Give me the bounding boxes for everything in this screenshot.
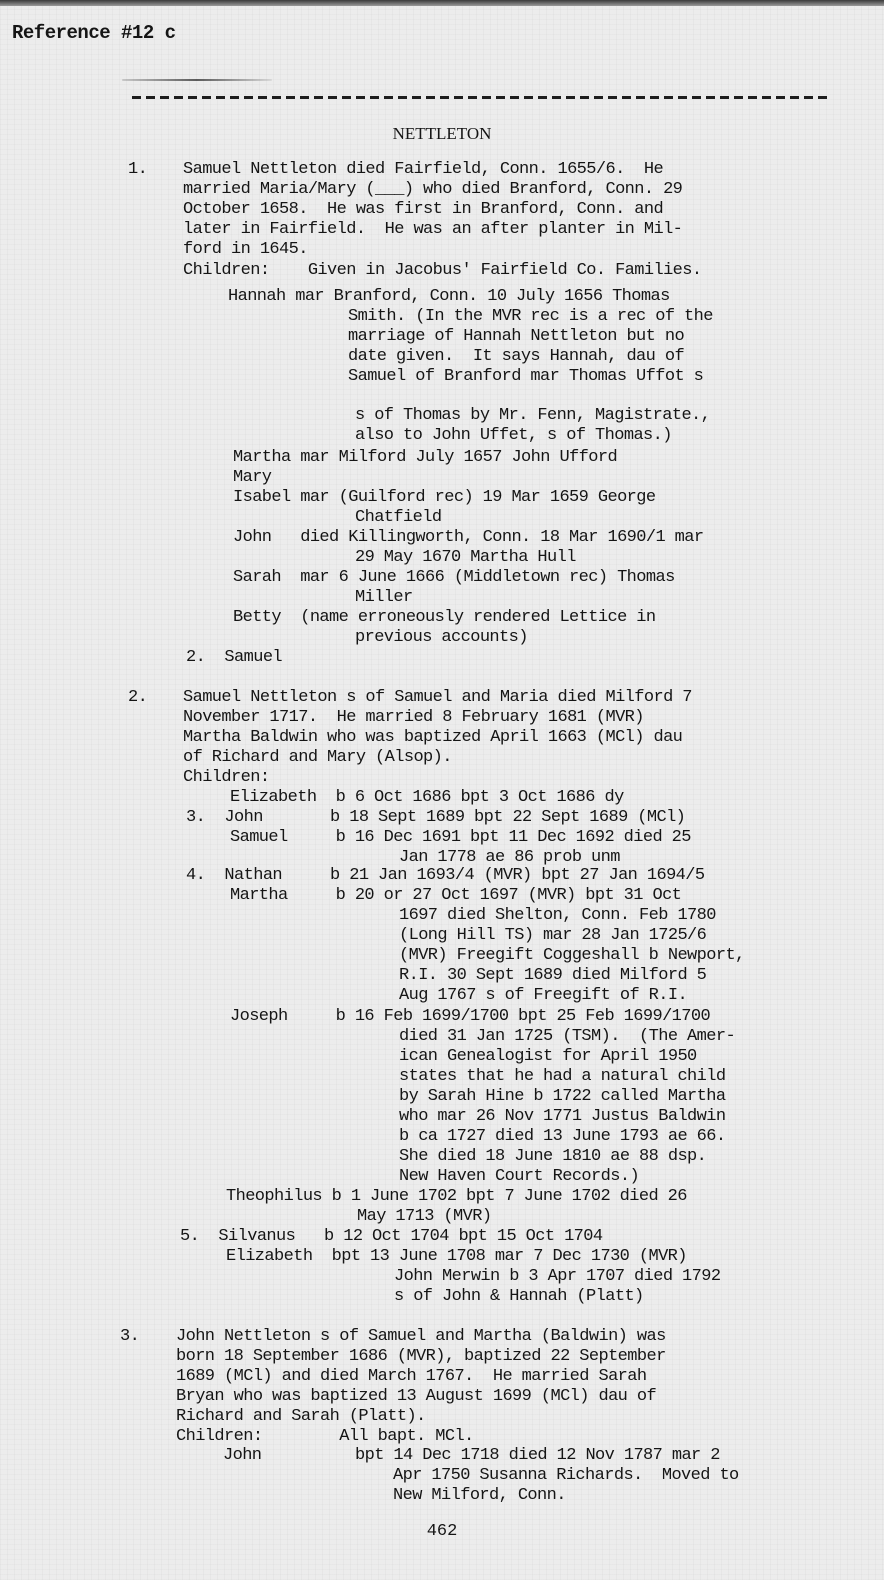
text-line: Martha Baldwin who was baptized April 16… [183,728,682,748]
text-line: 5. Silvanus b 12 Oct 1704 bpt 15 Oct 170… [180,1227,602,1247]
text-line: Richard and Sarah (Platt). [176,1407,426,1427]
text-line: died 31 Jan 1725 (TSM). (The Amer- [399,1027,735,1047]
scan-smudge [122,79,272,81]
text-line: married Maria/Mary (___) who died Branfo… [183,180,682,200]
text-line: by Sarah Hine b 1722 called Martha [399,1087,725,1107]
text-line: Aug 1767 s of Freegift of R.I. [399,986,687,1006]
text-line: Children: All bapt. MCl. [176,1427,474,1447]
text-line: November 1717. He married 8 February 168… [183,708,644,728]
text-line: ican Genealogist for April 1950 [399,1047,697,1067]
text-line: 1689 (MCl) and died March 1767. He marri… [176,1367,646,1387]
text-line: 4. Nathan b 21 Jan 1693/4 (MVR) bpt 27 J… [186,866,705,886]
text-line: Joseph b 16 Feb 1699/1700 bpt 25 Feb 169… [230,1007,710,1027]
text-line: Samuel Nettleton died Fairfield, Conn. 1… [183,160,663,180]
text-line: John [223,1446,261,1466]
text-line: 3. John b 18 Sept 1689 bpt 22 Sept 1689 … [186,808,685,828]
text-line: John died Killingworth, Conn. 18 Mar 169… [233,528,703,548]
text-line: (MVR) Freegift Coggeshall b Newport, [399,946,745,966]
text-line: 2. [128,688,147,708]
text-line: Children: [183,768,269,788]
text-line: Chatfield [355,508,441,528]
text-line: later in Fairfield. He was an after plan… [183,220,682,240]
text-line: Children: Given in Jacobus' Fairfield Co… [183,261,702,281]
text-line: Theophilus b 1 June 1702 bpt 7 June 1702… [226,1187,687,1207]
text-line: Elizabeth b 6 Oct 1686 bpt 3 Oct 1686 dy [230,788,624,808]
page-title: NETTLETON [0,124,884,144]
text-line: Miller [355,588,413,608]
text-line: Martha mar Milford July 1657 John Ufford [233,448,617,468]
text-line: Bryan who was baptized 13 August 1699 (M… [176,1387,656,1407]
scan-top-edge [0,0,884,6]
text-line: born 18 September 1686 (MVR), baptized 2… [176,1347,666,1367]
text-line: Elizabeth bpt 13 June 1708 mar 7 Dec 173… [226,1247,687,1267]
text-line: John Merwin b 3 Apr 1707 died 1792 [394,1267,720,1287]
text-line: Martha b 20 or 27 Oct 1697 (MVR) bpt 31 … [230,886,681,906]
text-line: Hannah mar Branford, Conn. 10 July 1656 … [228,287,670,307]
text-line: Smith. (In the MVR rec is a rec of the [348,307,713,327]
text-line: She died 18 June 1810 ae 88 dsp. [399,1147,706,1167]
text-line: s of Thomas by Mr. Fenn, Magistrate., [355,406,710,426]
text-line: bpt 14 Dec 1718 died 12 Nov 1787 mar 2 [355,1446,720,1466]
text-line: 3. [120,1327,139,1347]
dashed-divider [132,96,832,99]
text-line: who mar 26 Nov 1771 Justus Baldwin [399,1107,725,1127]
text-line: b ca 1727 died 13 June 1793 ae 66. [399,1127,725,1147]
text-line: also to John Uffet, s of Thomas.) [355,426,672,446]
text-line: R.I. 30 Sept 1689 died Milford 5 [399,966,706,986]
text-line: (Long Hill TS) mar 28 Jan 1725/6 [399,926,706,946]
text-line: states that he had a natural child [399,1067,725,1087]
text-line: October 1658. He was first in Branford, … [183,200,663,220]
text-line: 1697 died Shelton, Conn. Feb 1780 [399,906,716,926]
text-line: Samuel of Branford mar Thomas Uffot s [348,367,703,387]
text-line: Samuel Nettleton s of Samuel and Maria d… [183,688,692,708]
text-line: Isabel mar (Guilford rec) 19 Mar 1659 Ge… [233,488,655,508]
text-line: ford in 1645. [183,240,308,260]
text-line: Mary [233,468,271,488]
page-number: 462 [0,1522,884,1541]
text-line: May 1713 (MVR) [357,1207,491,1227]
text-line: previous accounts) [355,628,528,648]
text-line: of Richard and Mary (Alsop). [183,748,452,768]
text-line: Sarah mar 6 June 1666 (Middletown rec) T… [233,568,675,588]
text-line: John Nettleton s of Samuel and Martha (B… [176,1327,666,1347]
text-line: 1. [128,160,147,180]
text-line: Apr 1750 Susanna Richards. Moved to [393,1466,739,1486]
text-line: Betty (name erroneously rendered Lettice… [233,608,655,628]
text-line: 29 May 1670 Martha Hull [355,548,576,568]
text-line: s of John & Hannah (Platt) [394,1287,644,1307]
text-line: date given. It says Hannah, dau of [348,347,684,367]
reference-label: Reference #12 c [12,22,176,44]
text-line: New Haven Court Records.) [399,1167,639,1187]
text-line: Jan 1778 ae 86 prob unm [399,848,620,868]
text-line: marriage of Hannah Nettleton but no [348,327,684,347]
text-line: New Milford, Conn. [393,1486,566,1506]
text-line: 2. Samuel [186,648,282,668]
text-line: Samuel b 16 Dec 1691 bpt 11 Dec 1692 die… [230,828,691,848]
